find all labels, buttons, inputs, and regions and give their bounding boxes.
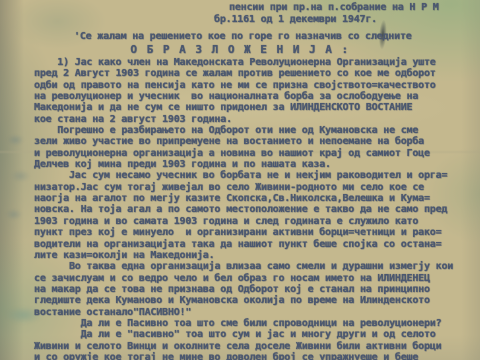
- header-office-line: пенсии при пр.на п.собрание на Н Р М: [229, 2, 439, 13]
- paragraph-6: Да ли е "пасивно" тоа што сум и јас и мн…: [34, 329, 474, 360]
- appeal-statement-line: 'Се жалам на решението кое по горе го на…: [74, 31, 412, 42]
- stain-left-margin: [2, 128, 36, 248]
- header-number-date-line: бр.1161 од 1 декември 1947г.: [214, 14, 377, 25]
- scanned-document-page: пенсии при пр.на п.собрание на Н Р М бр.…: [0, 0, 480, 360]
- document-heading: О Б Р А З Л О Ж Е Н И Ј А :: [0, 43, 480, 56]
- paragraph-5: Да ли е Пасивно тоа што сме били спровод…: [34, 318, 474, 329]
- paragraph-1: 1) Јас како член на Македонската Револуц…: [34, 57, 474, 125]
- document-body: 1) Јас како член на Македонската Револуц…: [34, 57, 474, 360]
- paragraph-4: Во таква една организација влизаа само с…: [34, 261, 474, 318]
- paragraph-2: Погрешно е разбирањето на Одборот оти ни…: [34, 125, 474, 170]
- paragraph-3: Јас сум несамо учесник во борбата не и н…: [34, 170, 474, 261]
